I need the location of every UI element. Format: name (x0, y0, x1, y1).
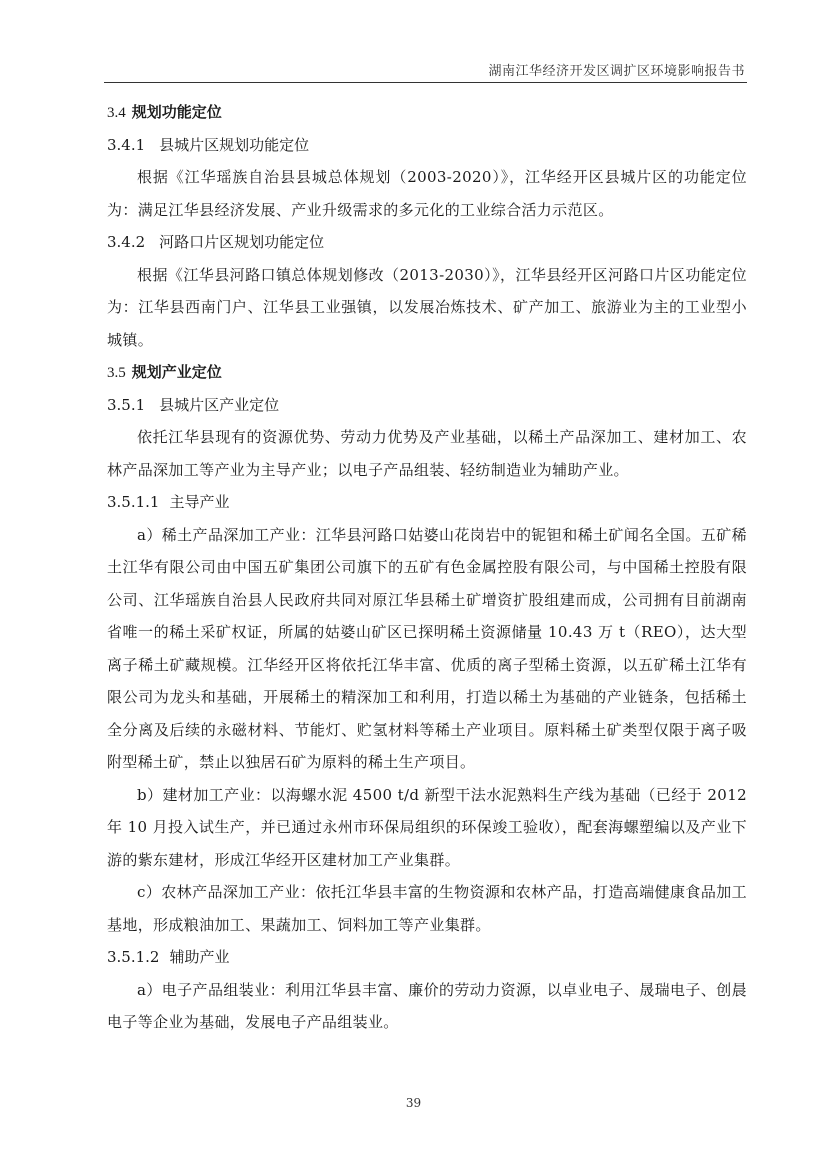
section-title: 县城片区规划功能定位 (159, 136, 309, 154)
section-number: 3.4.2 (107, 226, 145, 259)
section-title: 主导产业 (169, 493, 229, 511)
section-title: 县城片区产业定位 (159, 396, 279, 414)
paragraph: b）建材加工产业：以海螺水泥 4500 t/d 新型干法水泥熟料生产线为基础（已… (107, 779, 747, 877)
section-heading: 3.4规划功能定位 (107, 96, 747, 129)
section-number: 3.5.1.1 (107, 486, 159, 519)
section-number: 3.4 (107, 97, 126, 130)
paragraph: a）稀土产品深加工产业：江华县河路口姑婆山花岗岩中的铌钽和稀土矿闻名全国。五矿稀… (107, 519, 747, 779)
paragraph: 根据《江华县河路口镇总体规划修改（2013-2030）》，江华县经开区河路口片区… (107, 259, 747, 357)
section-title: 规划产业定位 (132, 363, 222, 381)
section-number: 3.4.1 (107, 129, 145, 162)
section-title: 辅助产业 (169, 948, 229, 966)
subsection-heading: 3.4.1县城片区规划功能定位 (107, 129, 747, 162)
section-heading: 3.5规划产业定位 (107, 356, 747, 389)
document-title: 湖南江华经济开发区调扩区环境影响报告书 (488, 60, 745, 79)
paragraph: c）农林产品深加工产业：依托江华县丰富的生物资源和农林产品，打造高端健康食品加工… (107, 876, 747, 941)
subsection-heading: 3.5.1县城片区产业定位 (107, 389, 747, 422)
section-number: 3.5 (107, 357, 126, 390)
subsubsection-heading: 3.5.1.2辅助产业 (107, 941, 747, 974)
page-number: 39 (0, 1096, 827, 1110)
section-title: 河路口片区规划功能定位 (159, 233, 324, 251)
paragraph: 根据《江华瑶族自治县县城总体规划（2003-2020）》，江华经开区县城片区的功… (107, 161, 747, 226)
section-title: 规划功能定位 (132, 103, 222, 121)
paragraph: 依托江华县现有的资源优势、劳动力优势及产业基础，以稀土产品深加工、建材加工、农林… (107, 421, 747, 486)
section-number: 3.5.1 (107, 389, 145, 422)
section-number: 3.5.1.2 (107, 941, 159, 974)
paragraph: a）电子产品组装业：利用江华县丰富、廉价的劳动力资源，以卓业电子、晟瑞电子、创晨… (107, 974, 747, 1039)
subsection-heading: 3.4.2河路口片区规划功能定位 (107, 226, 747, 259)
subsubsection-heading: 3.5.1.1主导产业 (107, 486, 747, 519)
page-header: 湖南江华经济开发区调扩区环境影响报告书 (104, 0, 747, 83)
document-body: 3.4规划功能定位 3.4.1县城片区规划功能定位 根据《江华瑶族自治县县城总体… (107, 96, 747, 1039)
